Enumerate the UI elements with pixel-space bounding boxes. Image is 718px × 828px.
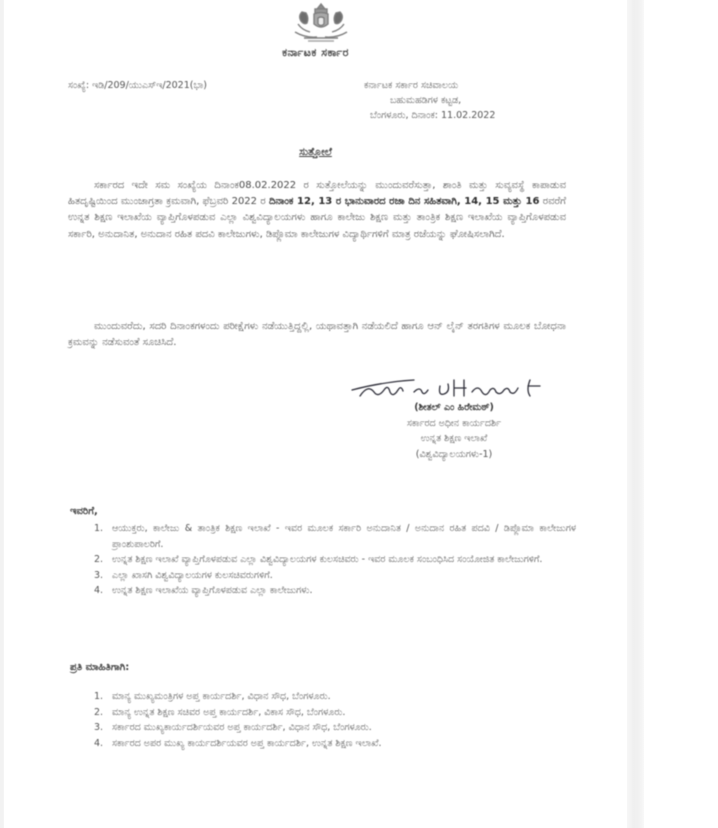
- office-line-2: ಬಹುಮಹಡಿಗಳ ಕಟ್ಟಡ,: [364, 93, 574, 108]
- list-item-text: ಉನ್ನತ ಶಿಕ್ಷಣ ಇಲಾಖೆ ವ್ಯಾಪ್ತಿಗೊಳಪಡುವ ಎಲ್ಲಾ…: [112, 554, 542, 565]
- circular-paragraph-1: ಸರ್ಕಾರದ ಇದೇ ಸಮ ಸಂಖ್ಯೆಯ ದಿನಾಂಕ08.02.2022 …: [68, 178, 566, 243]
- list-item-number: 4.: [94, 583, 103, 599]
- list-item-text: ಎಲ್ಲಾ ಖಾಸಗಿ ವಿಶ್ವವಿದ್ಯಾಲಯಗಳ ಕುಲಸಚಿವರುಗಳಿ…: [112, 570, 273, 581]
- list-item-text: ಉನ್ನತ ಶಿಕ್ಷಣ ಇಲಾಖೆಯ ವ್ಯಾಪ್ತಿಗೊಳಪಡುವ ಎಲ್ಲ…: [112, 585, 312, 596]
- government-title: ಕರ್ನಾಟಕ ಸರ್ಕಾರ: [4, 46, 627, 60]
- list-item: 4.ಸರ್ಕಾರದ ಅಪರ ಮುಖ್ಯ ಕಾರ್ಯದರ್ಶಿಯವರ ಅಪ್ತ ಕ…: [94, 736, 576, 752]
- signatory-block: (ಶೀತಲ್ ಎಂ ಹಿರೇಮಠ್) ಸರ್ಕಾರದ ಅಧೀನ ಕಾರ್ಯದರ್…: [354, 400, 554, 462]
- list-item-text: ಮಾನ್ಯ ಮುಖ್ಯಮಂತ್ರಿಗಳ ಅಪ್ತ ಕಾರ್ಯದರ್ಶಿ, ವಿಧ…: [112, 691, 331, 702]
- paragraph-1-bold-dates: ದಿನಾಂಕ 12, 13 ರ ಭಾನುವಾರದ ರಜಾ ದಿನ ಸಹಿತವಾಗ…: [269, 196, 540, 207]
- circular-paragraph-2: ಮುಂದುವರೆದು, ಸದರಿ ದಿನಾಂಕಗಳಂದು ಪರೀಕ್ಷೆಗಳು …: [68, 319, 566, 351]
- list-item: 1.ಆಯುಕ್ತರು, ಕಾಲೇಜು & ತಾಂತ್ರಿಕ ಶಿಕ್ಷಣ ಇಲಾ…: [94, 521, 576, 552]
- list-item: 3.ಎಲ್ಲಾ ಖಾಸಗಿ ವಿಶ್ವವಿದ್ಯಾಲಯಗಳ ಕುಲಸಚಿವರುಗ…: [94, 568, 576, 584]
- list-item-number: 1.: [94, 521, 103, 537]
- list-item-number: 4.: [94, 736, 103, 752]
- office-date-line: ಬೆಂಗಳೂರು, ದಿನಾಂಕ: 11.02.2022: [364, 108, 574, 123]
- list-item-number: 3.: [94, 720, 103, 736]
- list-item-text: ಸರ್ಕಾರದ ಅಪರ ಮುಖ್ಯ ಕಾರ್ಯದರ್ಶಿಯವರ ಅಪ್ತ ಕಾರ…: [112, 738, 382, 749]
- copy-to-list: 1.ಮಾನ್ಯ ಮುಖ್ಯಮಂತ್ರಿಗಳ ಅಪ್ತ ಕಾರ್ಯದರ್ಶಿ, ವ…: [94, 689, 576, 751]
- list-item-number: 2.: [94, 552, 103, 568]
- handwritten-signature: [350, 376, 550, 402]
- circular-heading: ಸುತ್ತೋಲೆ: [4, 146, 627, 159]
- list-item-text: ಮಾನ್ಯ ಉನ್ನತ ಶಿಕ್ಷಣ ಸಚಿವರ ಅಪ್ತ ಕಾರ್ಯದರ್ಶಿ…: [112, 707, 345, 718]
- viewer-scrollbar-track[interactable]: [627, 0, 644, 828]
- list-item-text: ಸರ್ಕಾರದ ಮುಖ್ಯಕಾರ್ಯದರ್ಶಿಯವರ ಅಪ್ತ ಕಾರ್ಯದರ್…: [112, 722, 372, 733]
- list-item: 2.ಉನ್ನತ ಶಿಕ್ಷಣ ಇಲಾಖೆ ವ್ಯಾಪ್ತಿಗೊಳಪಡುವ ಎಲ್…: [94, 552, 576, 568]
- list-item-number: 2.: [94, 705, 103, 721]
- list-item-number: 3.: [94, 568, 103, 584]
- office-line-1: ಕರ್ನಾಟಕ ಸರ್ಕಾರ ಸಚಿವಾಲಯ: [364, 78, 574, 93]
- signatory-designation: ಸರ್ಕಾರದ ಅಧೀನ ಕಾರ್ಯದರ್ಶಿ: [354, 416, 554, 432]
- signatory-department: ಉನ್ನತ ಶಿಕ್ಷಣ ಇಲಾಖೆ: [354, 431, 554, 447]
- office-address: ಕರ್ನಾಟಕ ಸರ್ಕಾರ ಸಚಿವಾಲಯ ಬಹುಮಹಡಿಗಳ ಕಟ್ಟಡ, …: [364, 78, 574, 123]
- signatory-name: (ಶೀತಲ್ ಎಂ ಹಿರೇಮಠ್): [354, 400, 554, 416]
- list-item: 3.ಸರ್ಕಾರದ ಮುಖ್ಯಕಾರ್ಯದರ್ಶಿಯವರ ಅಪ್ತ ಕಾರ್ಯದ…: [94, 720, 576, 736]
- reference-number: ಸಂಖ್ಯೆ: ಇಡಿ/209/ಯುಎಸ್‌ಇ/2021(ಭಾ): [68, 80, 207, 91]
- karnataka-emblem-icon: [290, 2, 352, 44]
- signatory-section: (ವಿಶ್ವವಿದ್ಯಾಲಯಗಳು-1): [354, 447, 554, 463]
- list-item: 4.ಉನ್ನತ ಶಿಕ್ಷಣ ಇಲಾಖೆಯ ವ್ಯಾಪ್ತಿಗೊಳಪಡುವ ಎಲ…: [94, 583, 576, 599]
- document-page: ಕರ್ನಾಟಕ ಸರ್ಕಾರ ಸಂಖ್ಯೆ: ಇಡಿ/209/ಯುಎಸ್‌ಇ/2…: [4, 0, 627, 828]
- to-label: ಇವರಿಗೆ,: [70, 506, 98, 517]
- recipient-list: 1.ಆಯುಕ್ತರು, ಕಾಲೇಜು & ತಾಂತ್ರಿಕ ಶಿಕ್ಷಣ ಇಲಾ…: [94, 521, 576, 599]
- list-item-number: 1.: [94, 689, 103, 705]
- list-item: 2.ಮಾನ್ಯ ಉನ್ನತ ಶಿಕ್ಷಣ ಸಚಿವರ ಅಪ್ತ ಕಾರ್ಯದರ್…: [94, 705, 576, 721]
- copy-to-label: ಪ್ರತಿ ಮಾಹಿತಿಗಾಗಿ:: [70, 662, 129, 673]
- list-item: 1.ಮಾನ್ಯ ಮುಖ್ಯಮಂತ್ರಿಗಳ ಅಪ್ತ ಕಾರ್ಯದರ್ಶಿ, ವ…: [94, 689, 576, 705]
- list-item-text: ಆಯುಕ್ತರು, ಕಾಲೇಜು & ತಾಂತ್ರಿಕ ಶಿಕ್ಷಣ ಇಲಾಖೆ…: [112, 523, 576, 550]
